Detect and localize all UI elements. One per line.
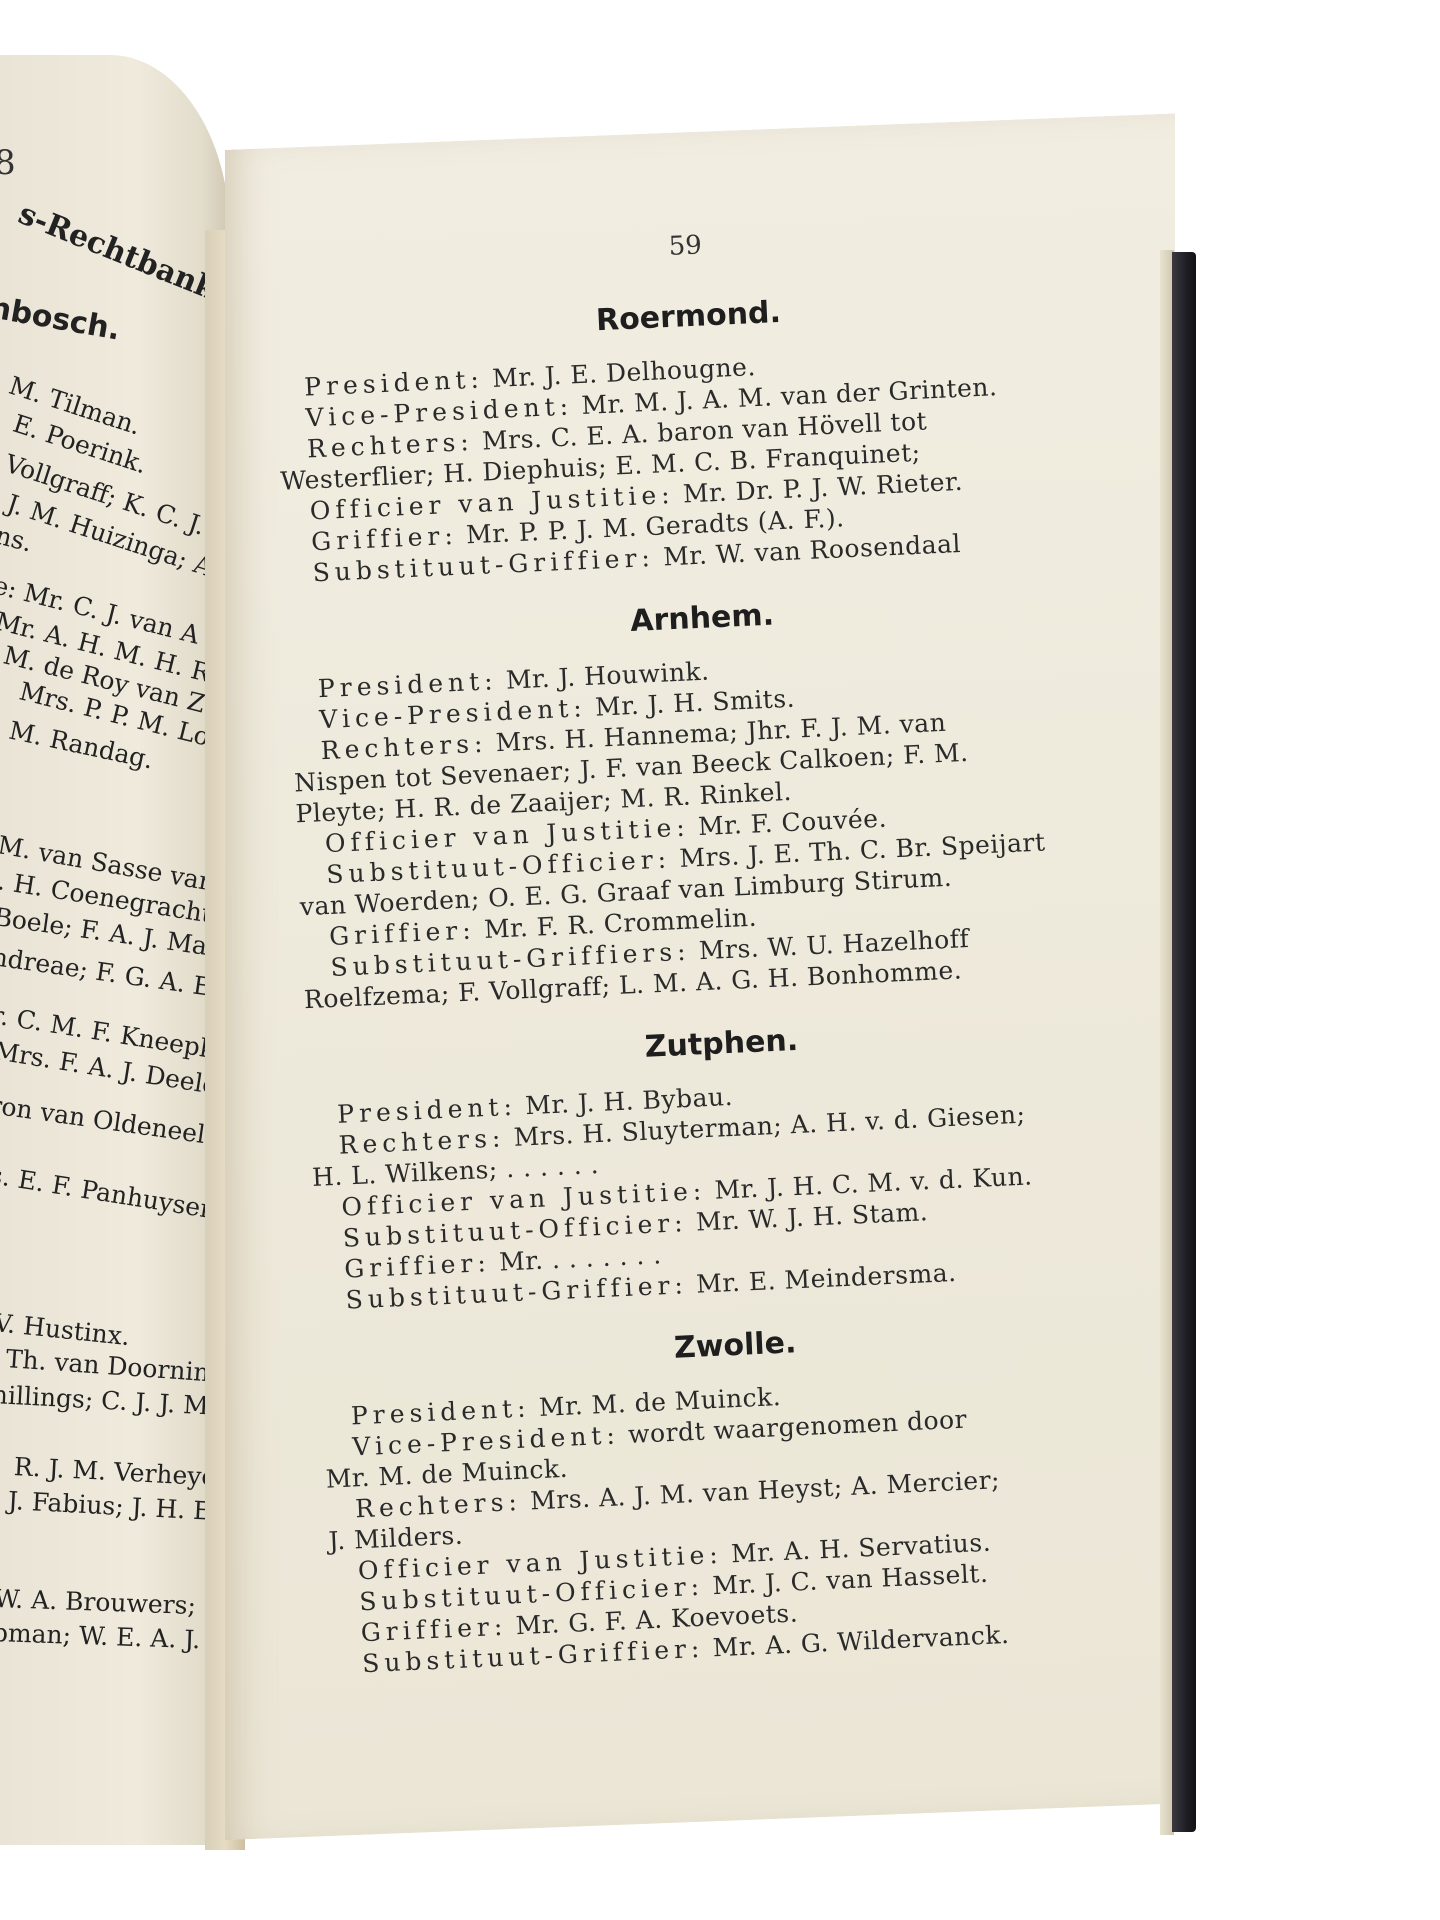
left-page-line: s. E. F. Panhuysen — [0, 1160, 218, 1224]
entry-names: J. Milders. — [328, 1521, 464, 1556]
left-page-line: J. Fabius; J. H. E — [7, 1486, 212, 1526]
left-page: 8 s-Rechtbanken nbosch.M. Tilman.E. Poer… — [0, 55, 230, 1845]
left-page-line: pman; W. E. A. J. — [0, 1618, 201, 1654]
book-cover-edge — [1172, 252, 1196, 1832]
court-section: Zutphen.President: Mr. J. H. Bybau.Recht… — [306, 1008, 1147, 1317]
court-section: Zwolle.President: Mr. M. de Muinck.Vice-… — [320, 1309, 1164, 1680]
court-list: Roermond.President: Mr. J. E. Delhougne.… — [273, 280, 1164, 1680]
left-page-line: hillings; C. J. J. M — [0, 1380, 210, 1420]
left-page-line: ns. — [0, 520, 35, 557]
left-page-line: ron van Oldeneel t — [0, 1090, 225, 1151]
left-page-line: R. J. M. Verheyen — [13, 1452, 230, 1492]
court-section: Roermond.President: Mr. J. E. Delhougne.… — [273, 280, 1114, 589]
right-page-content: 59 Roermond.President: Mr. J. E. Delhoug… — [270, 212, 1165, 1710]
role-label: Rechters: — [355, 1487, 523, 1524]
left-page-line: W. A. Brouwers; — [0, 1584, 196, 1620]
left-page-line: nbosch. — [0, 290, 123, 347]
court-section: Arnhem.President: Mr. J. Houwink.Vice-Pr… — [287, 582, 1134, 1015]
left-page-number: 8 — [0, 143, 16, 183]
